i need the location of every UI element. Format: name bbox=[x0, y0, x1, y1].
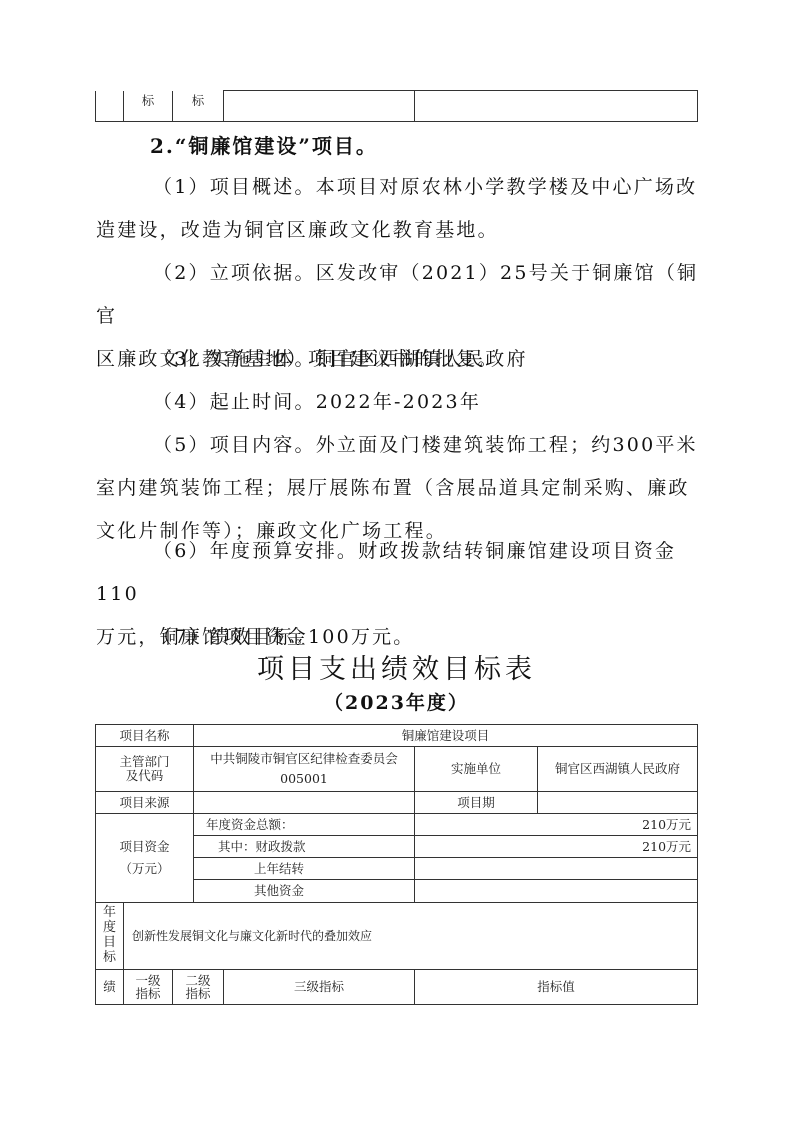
impl-unit-label: 实施单位 bbox=[415, 747, 538, 792]
fragment-cell-level3 bbox=[224, 91, 415, 122]
dept-value-line2: 005001 bbox=[194, 769, 414, 789]
annual-goal-char-3: 目 bbox=[96, 936, 123, 951]
content-line-2: 室内建筑装饰工程；展厅展陈布置（含展品道具定制采购、廉政 bbox=[96, 467, 700, 510]
dept-label-line1: 主管部门 bbox=[96, 755, 193, 769]
section-heading: 2.“铜廉馆建设”项目。 bbox=[150, 130, 378, 159]
annual-goal-char-1: 年 bbox=[96, 906, 123, 921]
annual-goal-char-4: 标 bbox=[96, 951, 123, 966]
level2-line2: 指标 bbox=[173, 987, 223, 1000]
fragment-cell-perf bbox=[96, 91, 124, 122]
row-funds-total: 项目资金 （万元） 年度资金总额： 210万元 bbox=[96, 814, 698, 836]
basis-line-1: （2）立项依据。区发改审（2021）25号关于铜廉馆（铜官 bbox=[96, 252, 700, 338]
period-line-1: （4）起止时间。2022年-2023年 bbox=[96, 381, 700, 424]
funds-label-line2: （万元） bbox=[96, 858, 193, 881]
fragment-cell-level2: 标 bbox=[173, 91, 224, 122]
implementer-line-1: （3）实施主体。铜官区西湖镇人民政府 bbox=[96, 338, 700, 381]
project-name-value: 铜廉馆建设项目 bbox=[194, 725, 698, 747]
level1-line2: 指标 bbox=[124, 987, 172, 1000]
dept-label-line2: 及代码 bbox=[96, 769, 193, 783]
source-value bbox=[194, 792, 415, 814]
paragraph-period: （4）起止时间。2022年-2023年 bbox=[96, 381, 700, 424]
paragraph-implementer: （3）实施主体。铜官区西湖镇人民政府 bbox=[96, 338, 700, 381]
row-source: 项目来源 项目期 bbox=[96, 792, 698, 814]
perf-label: 绩 bbox=[96, 970, 124, 1005]
level2-header: 二级 指标 bbox=[173, 970, 224, 1005]
dept-label: 主管部门 及代码 bbox=[96, 747, 194, 792]
funds-other-label: 其他资金 bbox=[194, 880, 415, 903]
funds-carryover-value bbox=[415, 858, 698, 880]
period-value bbox=[538, 792, 698, 814]
row-project-name: 项目名称 铜廉馆建设项目 bbox=[96, 725, 698, 747]
dept-value: 中共铜陵市铜官区纪律检查委员会 005001 bbox=[194, 747, 415, 792]
funds-total-value: 210万元 bbox=[415, 814, 698, 836]
level3-header: 三级指标 bbox=[224, 970, 415, 1005]
performance-target-table: 项目名称 铜廉馆建设项目 主管部门 及代码 中共铜陵市铜官区纪律检查委员会 00… bbox=[95, 724, 698, 1005]
row-indicator-header: 绩 一级 指标 二级 指标 三级指标 指标值 bbox=[96, 970, 698, 1005]
budget-line-1: （6）年度预算安排。财政拨款结转铜廉馆建设项目资金110 bbox=[96, 530, 700, 616]
annual-goal-char-2: 度 bbox=[96, 921, 123, 936]
indicator-value-header: 指标值 bbox=[415, 970, 698, 1005]
fragment-cell-level1: 标 bbox=[124, 91, 173, 122]
funds-other-value bbox=[415, 880, 698, 903]
table-subtitle: （2023年度） bbox=[0, 688, 793, 715]
dept-value-line1: 中共铜陵市铜官区纪律检查委员会 bbox=[194, 749, 414, 769]
source-label: 项目来源 bbox=[96, 792, 194, 814]
annual-goal-value: 创新性发展铜文化与廉文化新时代的叠加效应 bbox=[124, 903, 698, 970]
period-label: 项目期 bbox=[415, 792, 538, 814]
overview-line-1: （1）项目概述。本项目对原农林小学教学楼及中心广场改 bbox=[96, 166, 700, 209]
funds-label: 项目资金 （万元） bbox=[96, 814, 194, 903]
funds-carryover-label: 上年结转 bbox=[194, 858, 415, 880]
funds-fiscal-value: 210万元 bbox=[415, 836, 698, 858]
project-name-label: 项目名称 bbox=[96, 725, 194, 747]
paragraph-overview: （1）项目概述。本项目对原农林小学教学楼及中心广场改 造建设，改造为铜官区廉政文… bbox=[96, 166, 700, 252]
impl-unit-value: 铜官区西湖镇人民政府 bbox=[538, 747, 698, 792]
row-department: 主管部门 及代码 中共铜陵市铜官区纪律检查委员会 005001 实施单位 铜官区… bbox=[96, 747, 698, 792]
funds-total-label: 年度资金总额： bbox=[194, 814, 415, 836]
fragment-cell-value bbox=[415, 91, 698, 122]
row-annual-goal: 年 度 目 标 创新性发展铜文化与廉文化新时代的叠加效应 bbox=[96, 903, 698, 970]
content-line-1: （5）项目内容。外立面及门楼建筑装饰工程；约300平米 bbox=[96, 424, 700, 467]
annual-goal-label: 年 度 目 标 bbox=[96, 903, 124, 970]
level1-header: 一级 指标 bbox=[124, 970, 173, 1005]
overview-line-2: 造建设，改造为铜官区廉政文化教育基地。 bbox=[96, 209, 700, 252]
table-title: 项目支出绩效目标表 bbox=[0, 647, 793, 686]
funds-label-line1: 项目资金 bbox=[96, 836, 193, 859]
previous-table-fragment: 标 标 bbox=[95, 90, 698, 122]
funds-fiscal-label: 其中：财政拨款 bbox=[194, 836, 415, 858]
